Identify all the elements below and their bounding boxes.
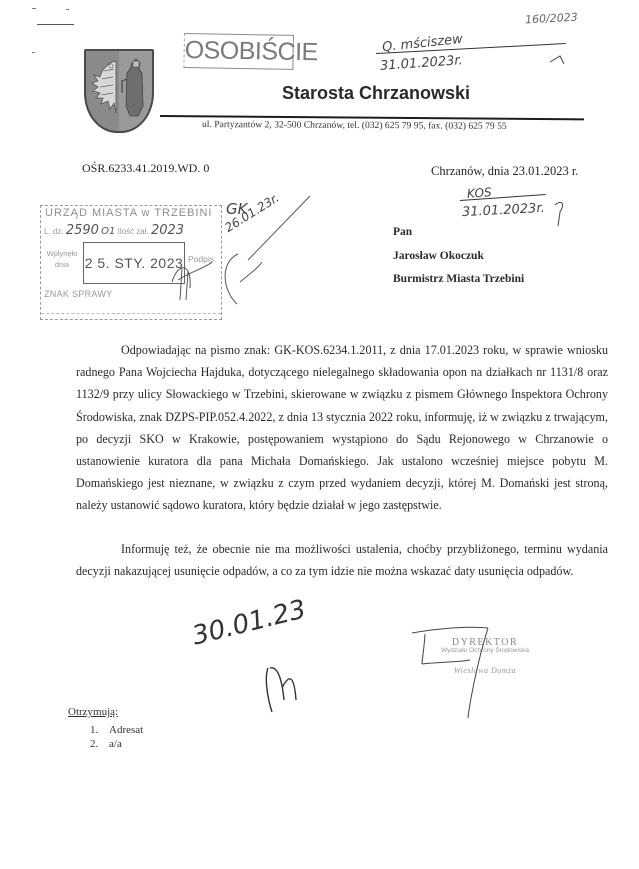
body-paragraph-1-text: Odpowiadając na pismo znak: GK-KOS.6234.… (76, 343, 608, 512)
distribution-item-number: 1. (90, 724, 109, 736)
distribution-item-text: Adresat (109, 724, 143, 736)
registry-stamp-title: URZĄD MIASTA w TRZEBINI (45, 207, 212, 219)
attachments-value: O1 (101, 226, 115, 237)
received-label: Wpłynęło dnia (44, 248, 80, 270)
signature-label: Podpis (188, 254, 214, 264)
handwritten-annotation-line2: 31.01.2023r. (380, 53, 464, 74)
director-name: Wiesława Domża (420, 666, 550, 675)
coat-of-arms-icon (84, 49, 154, 133)
registry-stamp: URZĄD MIASTA w TRZEBINI L. dz. 2590 O1 I… (40, 205, 222, 320)
log-number-label: L. dz. (44, 227, 64, 236)
received-date: 2 5. STY. 2023 (84, 243, 184, 283)
body-paragraph-1: Odpowiadając na pismo znak: GK-KOS.6234.… (76, 339, 608, 517)
letterhead-title: Starosta Chrzanowski (282, 83, 470, 104)
distribution-item: 1.Adresat (90, 724, 143, 736)
distribution-item-text: a/a (109, 738, 122, 750)
handwritten-kos-date: 31.01.2023r. (462, 201, 545, 220)
scan-mark (37, 24, 74, 25)
year-value: 2023 (151, 223, 184, 238)
scan-mark (32, 52, 35, 53)
scan-mark (32, 8, 36, 9)
handwritten-document-number: 160/2023 (525, 11, 578, 27)
body-paragraph-2-text: Informuję też, że obecnie nie ma możliwo… (76, 542, 608, 578)
case-number-label: ZNAK SPRAWY (44, 289, 112, 299)
reference-number: OŚR.6233.41.2019.WD. 0 (82, 161, 209, 176)
attachments-label: Ilość zał. (118, 227, 149, 236)
registry-log-number: L. dz. 2590 O1 Ilość zał. 2023 (44, 223, 184, 238)
director-signature-stamp: DYREKTOR Wydziału Ochrony Środowiska Wie… (420, 637, 550, 675)
distribution-item-number: 2. (90, 738, 109, 750)
personal-delivery-stamp: OSOBIŚCIE (183, 33, 294, 70)
initials-signature (266, 668, 296, 712)
log-number-value: 2590 (66, 223, 99, 238)
recipient-position: Burmistrz Miasta Trzebini (393, 273, 524, 285)
stamp-bottom-line (41, 313, 221, 314)
distribution-item: 2.a/a (90, 738, 122, 750)
handwritten-date-bottom: 30.01.23 (189, 594, 309, 651)
distribution-label: Otrzymują: (68, 706, 118, 718)
recipient-name: Jarosław Okoczuk (393, 250, 484, 262)
received-date-box: 2 5. STY. 2023 (83, 242, 185, 284)
director-department: Wydziału Ochrony Środowiska (420, 647, 550, 654)
place-and-date: Chrzanów, dnia 23.01.2023 r. (431, 164, 578, 179)
letterhead-address: ul. Partyzantów 2, 32-500 Chrzanów, tel.… (202, 119, 507, 132)
recipient-salutation: Pan (393, 226, 412, 238)
body-paragraph-2: Informuję też, że obecnie nie ma możliwo… (76, 538, 608, 582)
scan-mark (66, 9, 69, 10)
